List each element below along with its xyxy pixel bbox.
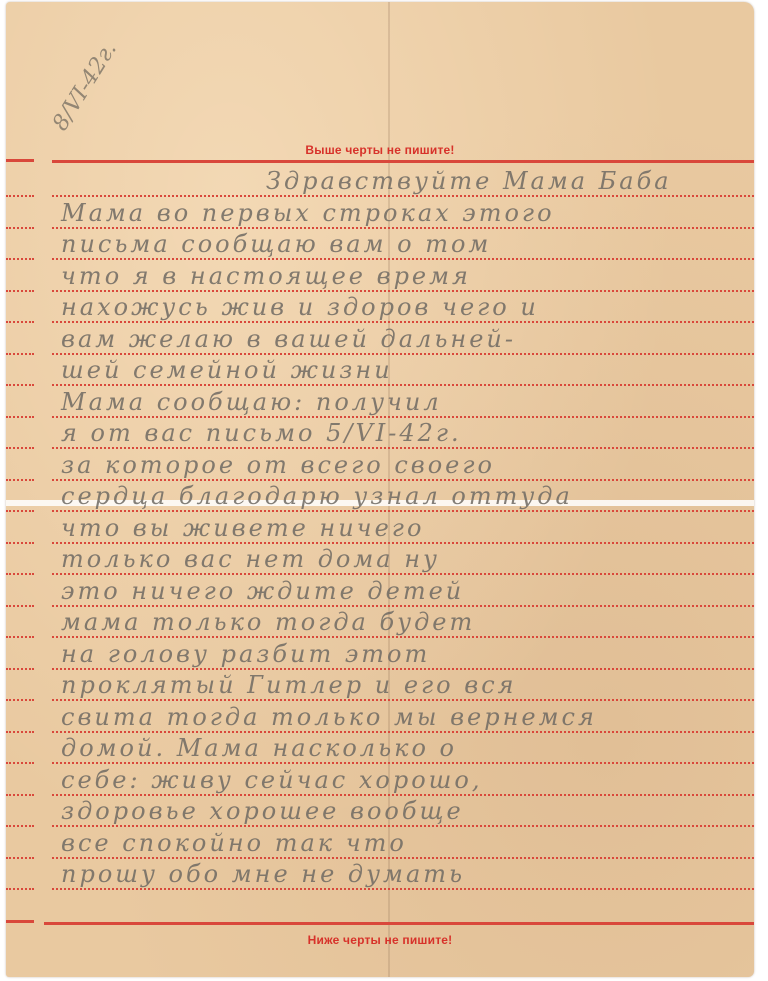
- ruled-line-stub: [6, 290, 34, 292]
- ruled-line: [52, 258, 754, 260]
- ruled-line-stub: [6, 542, 34, 544]
- footer-rule-stub: [6, 920, 34, 923]
- handwritten-line: это ничего ждите детей: [61, 577, 740, 605]
- ruled-line: [52, 353, 754, 355]
- ruled-line-stub: [6, 510, 34, 512]
- ruled-line-stub: [6, 573, 34, 575]
- handwritten-line: письма сообщаю вам о том: [61, 230, 740, 258]
- handwritten-line: Здравствуйте Мама Баба: [266, 167, 740, 195]
- handwritten-line: Мама сообщаю: получил: [61, 388, 740, 416]
- ruled-line-stub: [6, 888, 34, 890]
- ruled-line-stub: [6, 794, 34, 796]
- ruled-line-stub: [6, 668, 34, 670]
- ruled-line: [52, 447, 754, 449]
- handwritten-line: за которое от всего своего: [61, 451, 740, 479]
- ruled-line: [52, 321, 754, 323]
- handwritten-line: Мама во первых строках этого: [61, 199, 740, 227]
- ruled-line-stub: [6, 384, 34, 386]
- header-rule: [52, 160, 754, 163]
- ruled-line-stub: [6, 605, 34, 607]
- ruled-line-stub: [6, 731, 34, 733]
- ruled-line-stub: [6, 447, 34, 449]
- pencil-date-annotation: 8/VI-42г.: [48, 38, 122, 136]
- ruled-line: [52, 542, 754, 544]
- handwritten-line: домой. Мама насколько о: [61, 734, 740, 762]
- handwritten-line: свита тогда только мы вернемся: [61, 703, 740, 731]
- ruled-line-stub: [6, 321, 34, 323]
- ruled-line-stub: [6, 825, 34, 827]
- ruled-line: [52, 384, 754, 386]
- ruled-line-stub: [6, 479, 34, 481]
- ruled-line: [52, 605, 754, 607]
- handwritten-line: что я в настоящее время: [61, 262, 740, 290]
- footer-notice: Ниже черты не пишите!: [6, 933, 754, 947]
- ruled-line-stub: [6, 353, 34, 355]
- ruled-line-stub: [6, 416, 34, 418]
- header-rule-stub: [6, 159, 34, 162]
- ruled-line-stub: [6, 699, 34, 701]
- handwritten-line: я от вас письмо 5/VI-42г.: [61, 419, 740, 447]
- ruled-line: [52, 290, 754, 292]
- handwritten-line: шей семейной жизни: [61, 356, 740, 384]
- ruled-line: [52, 794, 754, 796]
- ruled-line: [52, 227, 754, 229]
- handwritten-line: себе: живу сейчас хорошо,: [61, 766, 740, 794]
- handwritten-line: все спокойно так что: [61, 829, 740, 857]
- ruled-line-stub: [6, 258, 34, 260]
- ruled-line: [52, 510, 754, 512]
- handwritten-line: здоровье хорошее вообще: [61, 797, 740, 825]
- handwritten-line: проклятый Гитлер и его вся: [61, 671, 740, 699]
- ruled-line-stub: [6, 227, 34, 229]
- handwritten-line: прошу обо мне не думать: [61, 860, 740, 888]
- header-notice: Выше черты не пишите!: [6, 143, 754, 157]
- ruled-line: [52, 825, 754, 827]
- letter-sheet: 8/VI-42г. Выше черты не пишите! Здравств…: [6, 2, 754, 977]
- ruled-line: [52, 573, 754, 575]
- handwritten-line: только вас нет дома ну: [61, 545, 740, 573]
- ruled-line: [52, 857, 754, 859]
- handwritten-line: сердца благодарю узнал оттуда: [61, 482, 740, 510]
- ruled-line: [52, 762, 754, 764]
- ruled-line: [52, 699, 754, 701]
- handwritten-line: на голову разбит этот: [61, 640, 740, 668]
- handwritten-line: что вы живете ничего: [61, 514, 740, 542]
- ruled-line: [52, 668, 754, 670]
- ruled-line: [52, 731, 754, 733]
- ruled-line-stub: [6, 857, 34, 859]
- ruled-line: [52, 888, 754, 890]
- ruled-line: [52, 195, 754, 197]
- ruled-line-stub: [6, 195, 34, 197]
- ruled-line-stub: [6, 636, 34, 638]
- ruled-line: [52, 636, 754, 638]
- footer-rule: [44, 922, 754, 925]
- ruled-line: [52, 416, 754, 418]
- handwritten-line: мама только тогда будет: [61, 608, 740, 636]
- ruled-line: [52, 479, 754, 481]
- ruled-line-stub: [6, 762, 34, 764]
- handwritten-line: вам желаю в вашей дальней-: [61, 325, 740, 353]
- handwritten-line: нахожусь жив и здоров чего и: [61, 293, 740, 321]
